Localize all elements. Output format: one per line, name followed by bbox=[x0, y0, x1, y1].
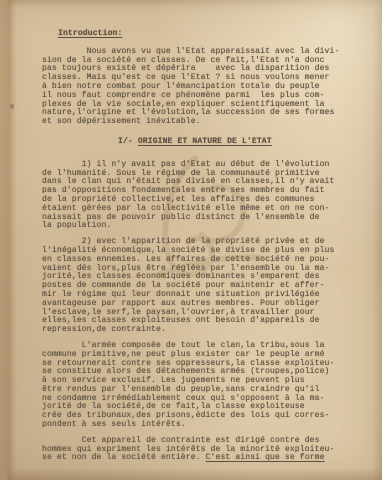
paragraph-point-1: 1) il n'y avait pas d'Etat au début de l… bbox=[42, 161, 362, 231]
paragraph-point-2: 2) avec l'apparition de la propriété pri… bbox=[42, 238, 362, 335]
section-heading: I/- ORIGINE ET NATURE DE L'ETAT bbox=[118, 138, 362, 147]
section-title: ORIGINE ET NATURE DE L'ETAT bbox=[138, 137, 272, 146]
intro-heading: Introduction: bbox=[58, 30, 362, 39]
paragraph-introduction: Nous avons vu que l'Etat apparaissait av… bbox=[42, 48, 362, 127]
scanned-document-page: Introduction: Nous avons vu que l'Etat a… bbox=[0, 0, 382, 480]
paragraph-closing: Cet appareil de contrainte est dirigé co… bbox=[42, 437, 362, 463]
paragraph-army: L'armée composée de tout le clan,la trib… bbox=[42, 342, 362, 430]
intro-heading-text: Introduction: bbox=[58, 29, 122, 38]
document-content: Introduction: Nous avons vu que l'Etat a… bbox=[42, 30, 362, 470]
section-number: I/- bbox=[118, 137, 133, 146]
paper-speck bbox=[10, 104, 14, 109]
closing-underlined-phrase: C'est ainsi que se forme bbox=[206, 453, 325, 462]
